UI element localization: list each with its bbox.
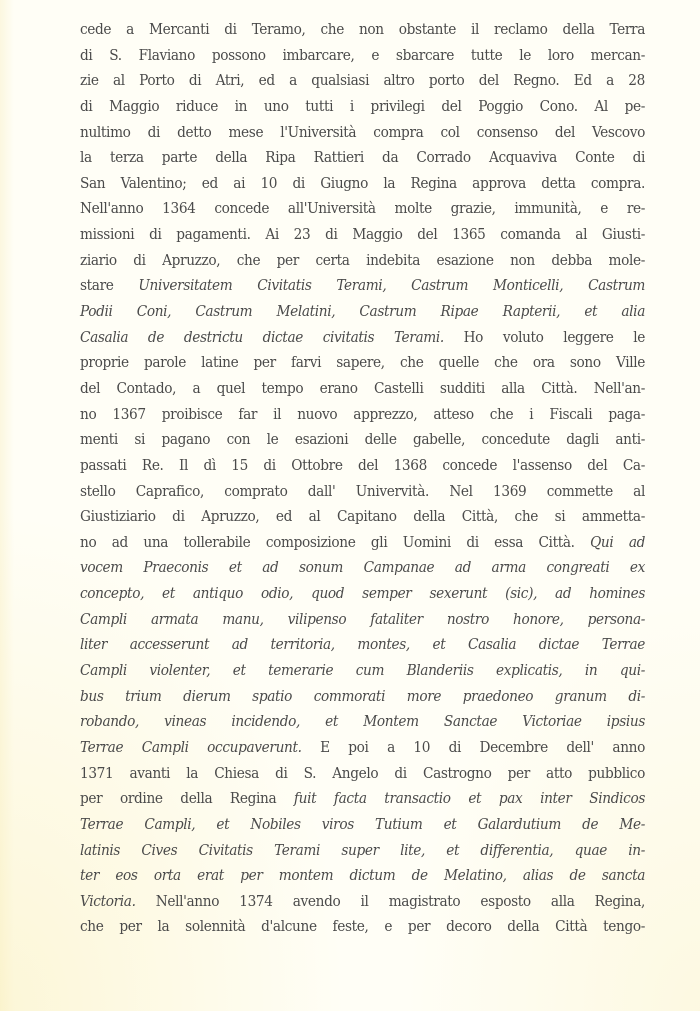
latin-quote-segment: Terrae Campli, et Nobiles viros Tutium e… xyxy=(80,815,645,833)
text-segment: che per la solennità d'alcune feste, e p… xyxy=(80,917,645,935)
text-line: no 1367 proibisce far il nuovo apprezzo,… xyxy=(80,402,645,428)
text-line: Terrae Campli, et Nobiles viros Tutium e… xyxy=(80,812,645,838)
text-line: passati Re. Il dì 15 di Ottobre del 1368… xyxy=(80,453,645,479)
latin-quote-segment: latinis Cives Civitatis Terami super lit… xyxy=(80,841,645,859)
text-segment: nultimo di detto mese l'Università compr… xyxy=(80,123,645,141)
text-segment: no ad una tollerabile composizione gli U… xyxy=(80,533,590,551)
text-segment: del Contado, a quel tempo erano Castelli… xyxy=(80,379,645,397)
text-line: per ordine della Regina fuit facta trans… xyxy=(80,786,645,812)
text-line: liter accesserunt ad territoria, montes,… xyxy=(80,632,645,658)
text-line: zie al Porto di Atri, ed a qualsiasi alt… xyxy=(80,68,645,94)
text-line: concepto, et antiquo odio, quod semper s… xyxy=(80,581,645,607)
text-line: latinis Cives Civitatis Terami super lit… xyxy=(80,838,645,864)
text-line: del Contado, a quel tempo erano Castelli… xyxy=(80,376,645,402)
text-line: Victoria. Nell'anno 1374 avendo il magis… xyxy=(80,889,645,915)
latin-quote-segment: Campli armata manu, vilipenso fataliter … xyxy=(80,610,645,628)
latin-quote-segment: Campli violenter, et temerarie cum Bland… xyxy=(80,661,645,679)
text-segment: passati Re. Il dì 15 di Ottobre del 1368… xyxy=(80,456,645,474)
text-segment: Giustiziario di Apruzzo, ed al Capitano … xyxy=(80,507,645,525)
text-segment: San Valentino; ed ai 10 di Giugno la Reg… xyxy=(80,174,645,192)
text-segment: missioni di pagamenti. Ai 23 di Maggio d… xyxy=(80,225,645,243)
latin-quote-segment: ter eos orta erat per montem dictum de M… xyxy=(80,866,645,884)
text-segment: di S. Flaviano possono imbarcare, e sbar… xyxy=(80,46,645,64)
text-segment: menti si pagano con le esazioni delle ga… xyxy=(80,430,645,448)
latin-quote-segment: bus trium dierum spatio commorati more p… xyxy=(80,687,645,705)
text-line: ter eos orta erat per montem dictum de M… xyxy=(80,863,645,889)
text-line: 1371 avanti la Chiesa di S. Angelo di Ca… xyxy=(80,761,645,787)
latin-quote-segment: liter accesserunt ad territoria, montes,… xyxy=(80,635,645,653)
text-segment: di Maggio riduce in uno tutti i privileg… xyxy=(80,97,645,115)
latin-quote-segment: Podii Coni, Castrum Melatini, Castrum Ri… xyxy=(80,302,645,320)
text-line: Nell'anno 1364 concede all'Università mo… xyxy=(80,196,645,222)
latin-quote-segment: robando, vineas incidendo, et Montem San… xyxy=(80,712,645,730)
text-line: Podii Coni, Castrum Melatini, Castrum Ri… xyxy=(80,299,645,325)
text-line: bus trium dierum spatio commorati more p… xyxy=(80,684,645,710)
latin-quote-segment: Universitatem Civitatis Terami, Castrum … xyxy=(138,276,645,294)
text-line: no ad una tollerabile composizione gli U… xyxy=(80,530,645,556)
text-segment: Nell'anno 1374 avendo il magistrato espo… xyxy=(136,892,645,910)
text-line: menti si pagano con le esazioni delle ga… xyxy=(80,427,645,453)
text-line: stello Caprafico, comprato dall' Univerv… xyxy=(80,479,645,505)
latin-quote-segment: vocem Praeconis et ad sonum Campanae ad … xyxy=(80,558,645,576)
text-line: Casalia de destrictu dictae civitatis Te… xyxy=(80,325,645,351)
latin-quote-segment: fuit facta transactio et pax inter Sindi… xyxy=(294,789,645,807)
latin-quote-segment: concepto, et antiquo odio, quod semper s… xyxy=(80,584,645,602)
text-line: di S. Flaviano possono imbarcare, e sbar… xyxy=(80,43,645,69)
text-line: Terrae Campli occupaverunt. E poi a 10 d… xyxy=(80,735,645,761)
text-line: San Valentino; ed ai 10 di Giugno la Reg… xyxy=(80,171,645,197)
text-segment: proprie parole latine per farvi sapere, … xyxy=(80,353,645,371)
text-segment: Nell'anno 1364 concede all'Università mo… xyxy=(80,199,645,217)
text-line: stare Universitatem Civitatis Terami, Ca… xyxy=(80,273,645,299)
text-segment: ziario di Apruzzo, che per certa indebit… xyxy=(80,251,645,269)
latin-quote-segment: Casalia de destrictu dictae civitatis Te… xyxy=(80,328,444,346)
text-line: missioni di pagamenti. Ai 23 di Maggio d… xyxy=(80,222,645,248)
text-line: ziario di Apruzzo, che per certa indebit… xyxy=(80,248,645,274)
latin-quote-segment: Terrae Campli occupaverunt. xyxy=(80,738,302,756)
latin-quote-segment: Victoria. xyxy=(80,892,136,910)
text-line: Campli armata manu, vilipenso fataliter … xyxy=(80,607,645,633)
text-segment: Ho voluto leggere le xyxy=(444,328,645,346)
document-page: cede a Mercanti di Teramo, che non obsta… xyxy=(80,17,645,940)
text-segment: 1371 avanti la Chiesa di S. Angelo di Ca… xyxy=(80,764,645,782)
text-line: di Maggio riduce in uno tutti i privileg… xyxy=(80,94,645,120)
text-line: cede a Mercanti di Teramo, che non obsta… xyxy=(80,17,645,43)
text-segment: E poi a 10 di Decembre dell' anno xyxy=(302,738,645,756)
text-line: la terza parte della Ripa Rattieri da Co… xyxy=(80,145,645,171)
text-segment: zie al Porto di Atri, ed a qualsiasi alt… xyxy=(80,71,645,89)
text-line: proprie parole latine per farvi sapere, … xyxy=(80,350,645,376)
text-segment: la terza parte della Ripa Rattieri da Co… xyxy=(80,148,645,166)
text-segment: no 1367 proibisce far il nuovo apprezzo,… xyxy=(80,405,645,423)
text-line: Campli violenter, et temerarie cum Bland… xyxy=(80,658,645,684)
text-line: nultimo di detto mese l'Università compr… xyxy=(80,120,645,146)
text-line: che per la solennità d'alcune feste, e p… xyxy=(80,914,645,940)
text-line: Giustiziario di Apruzzo, ed al Capitano … xyxy=(80,504,645,530)
text-line: vocem Praeconis et ad sonum Campanae ad … xyxy=(80,555,645,581)
text-segment: stare xyxy=(80,276,138,294)
text-segment: cede a Mercanti di Teramo, che non obsta… xyxy=(80,20,645,38)
text-line: robando, vineas incidendo, et Montem San… xyxy=(80,709,645,735)
text-segment: per ordine della Regina xyxy=(80,789,294,807)
text-segment: stello Caprafico, comprato dall' Univerv… xyxy=(80,482,645,500)
latin-quote-segment: Qui ad xyxy=(590,533,645,551)
